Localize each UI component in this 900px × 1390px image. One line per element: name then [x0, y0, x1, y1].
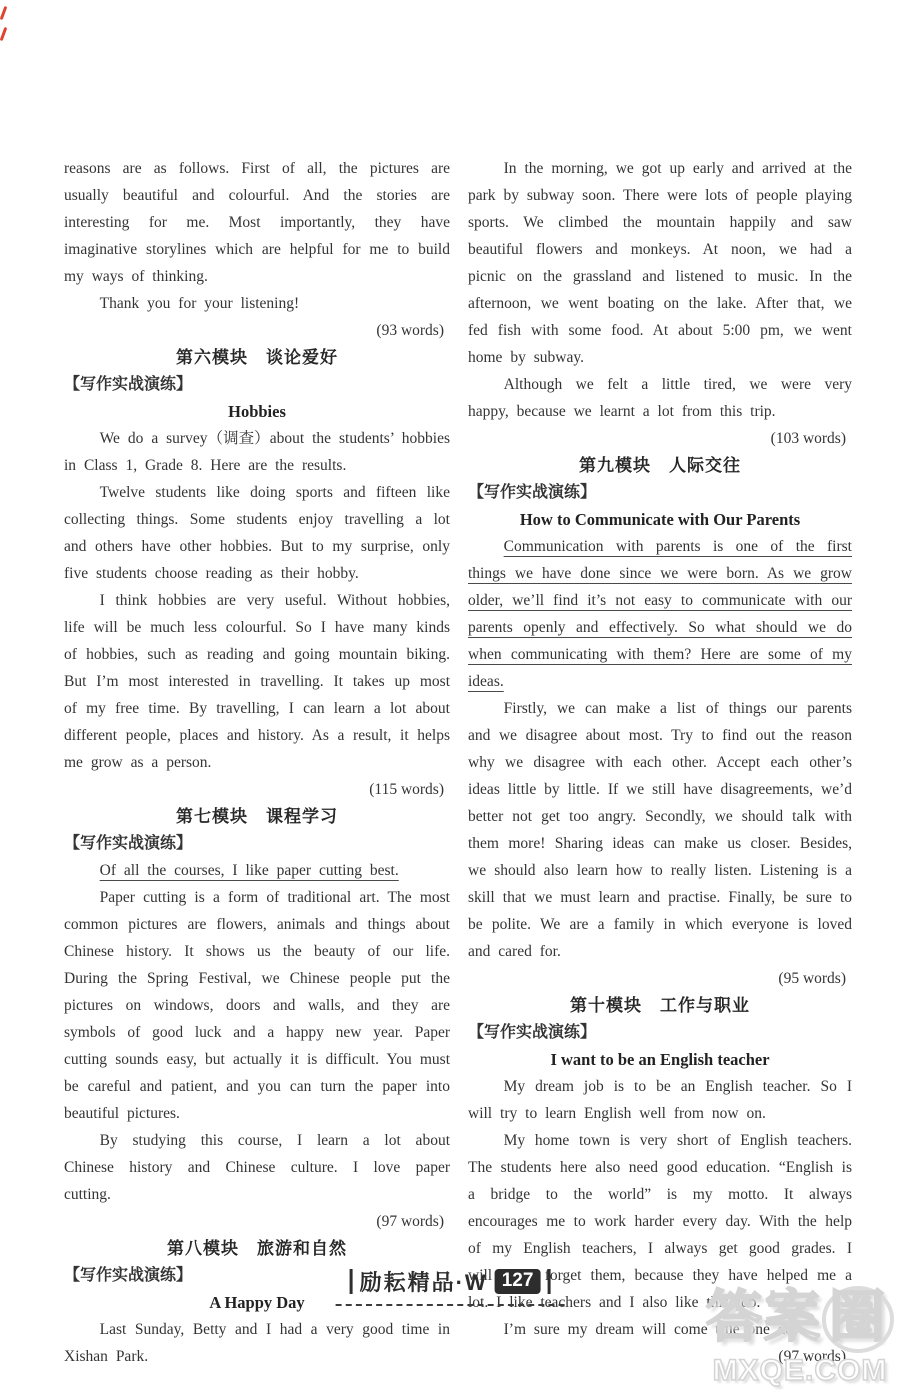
word-count: (95 words): [468, 965, 852, 992]
practice-drill-tag: 【写作实战演练】: [468, 479, 852, 506]
right-text-column: In the morning, we got up early and arri…: [468, 155, 852, 1370]
paragraph: Thank you for your listening!: [64, 290, 450, 317]
word-count: (103 words): [468, 425, 852, 452]
word-count: (97 words): [64, 1208, 450, 1235]
watermark-chinese: 答案圈: [706, 1286, 894, 1352]
word-count: (115 words): [64, 776, 450, 803]
essay-title: I want to be an English teacher: [468, 1046, 852, 1073]
essay-title: Hobbies: [64, 398, 450, 425]
paragraph: Last Sunday, Betty and I had a very good…: [64, 1316, 450, 1370]
module-heading: 第六模块 谈论爱好: [64, 344, 450, 371]
logo-right-bar-icon: [547, 1269, 550, 1294]
paragraph: My dream job is to be an English teacher…: [468, 1073, 852, 1127]
module-heading: 第十模块 工作与职业: [468, 992, 852, 1019]
essay-title: How to Communicate with Our Parents: [468, 506, 852, 533]
site-watermark: 答案圈 MXQE.COM: [706, 1286, 894, 1386]
paragraph: Twelve students like doing sports and fi…: [64, 479, 450, 587]
paragraph: Although we felt a little tired, we were…: [468, 371, 852, 425]
watermark-zh-text: 答案: [706, 1285, 822, 1348]
module-heading: 第八模块 旅游和自然: [64, 1235, 450, 1262]
brand-name: 励耘精品·W: [360, 1266, 488, 1297]
red-pen-mark: [0, 6, 7, 20]
practice-drill-tag: 【写作实战演练】: [64, 830, 450, 857]
module-heading: 第七模块 课程学习: [64, 803, 450, 830]
word-count: (93 words): [64, 317, 450, 344]
paragraph: In the morning, we got up early and arri…: [468, 155, 852, 371]
underlined-paragraph: Communication with parents is one of the…: [468, 533, 852, 695]
paragraph: Paper cutting is a form of traditional a…: [64, 884, 450, 1127]
practice-drill-tag: 【写作实战演练】: [468, 1019, 852, 1046]
underlined-paragraph: Of all the courses, I like paper cutting…: [64, 857, 450, 884]
left-text-column: reasons are as follows. First of all, th…: [64, 155, 450, 1370]
red-pen-mark: [0, 27, 7, 41]
paragraph: By studying this course, I learn a lot a…: [64, 1127, 450, 1208]
paragraph: We do a survey（调查）about the students’ ho…: [64, 425, 450, 479]
footer-brand-logo: 励耘精品·W 127: [336, 1264, 565, 1306]
paragraph: Firstly, we can make a list of things ou…: [468, 695, 852, 965]
paragraph: I think hobbies are very useful. Without…: [64, 587, 450, 776]
watermark-domain: MXQE.COM: [706, 1355, 894, 1387]
paragraph-continued: reasons are as follows. First of all, th…: [64, 155, 450, 290]
page-number-badge: 127: [495, 1269, 541, 1294]
watermark-circled-char: 圈: [822, 1286, 894, 1352]
logo-left-bar-icon: [350, 1269, 353, 1294]
practice-drill-tag: 【写作实战演练】: [64, 371, 450, 398]
module-heading: 第九模块 人际交往: [468, 452, 852, 479]
